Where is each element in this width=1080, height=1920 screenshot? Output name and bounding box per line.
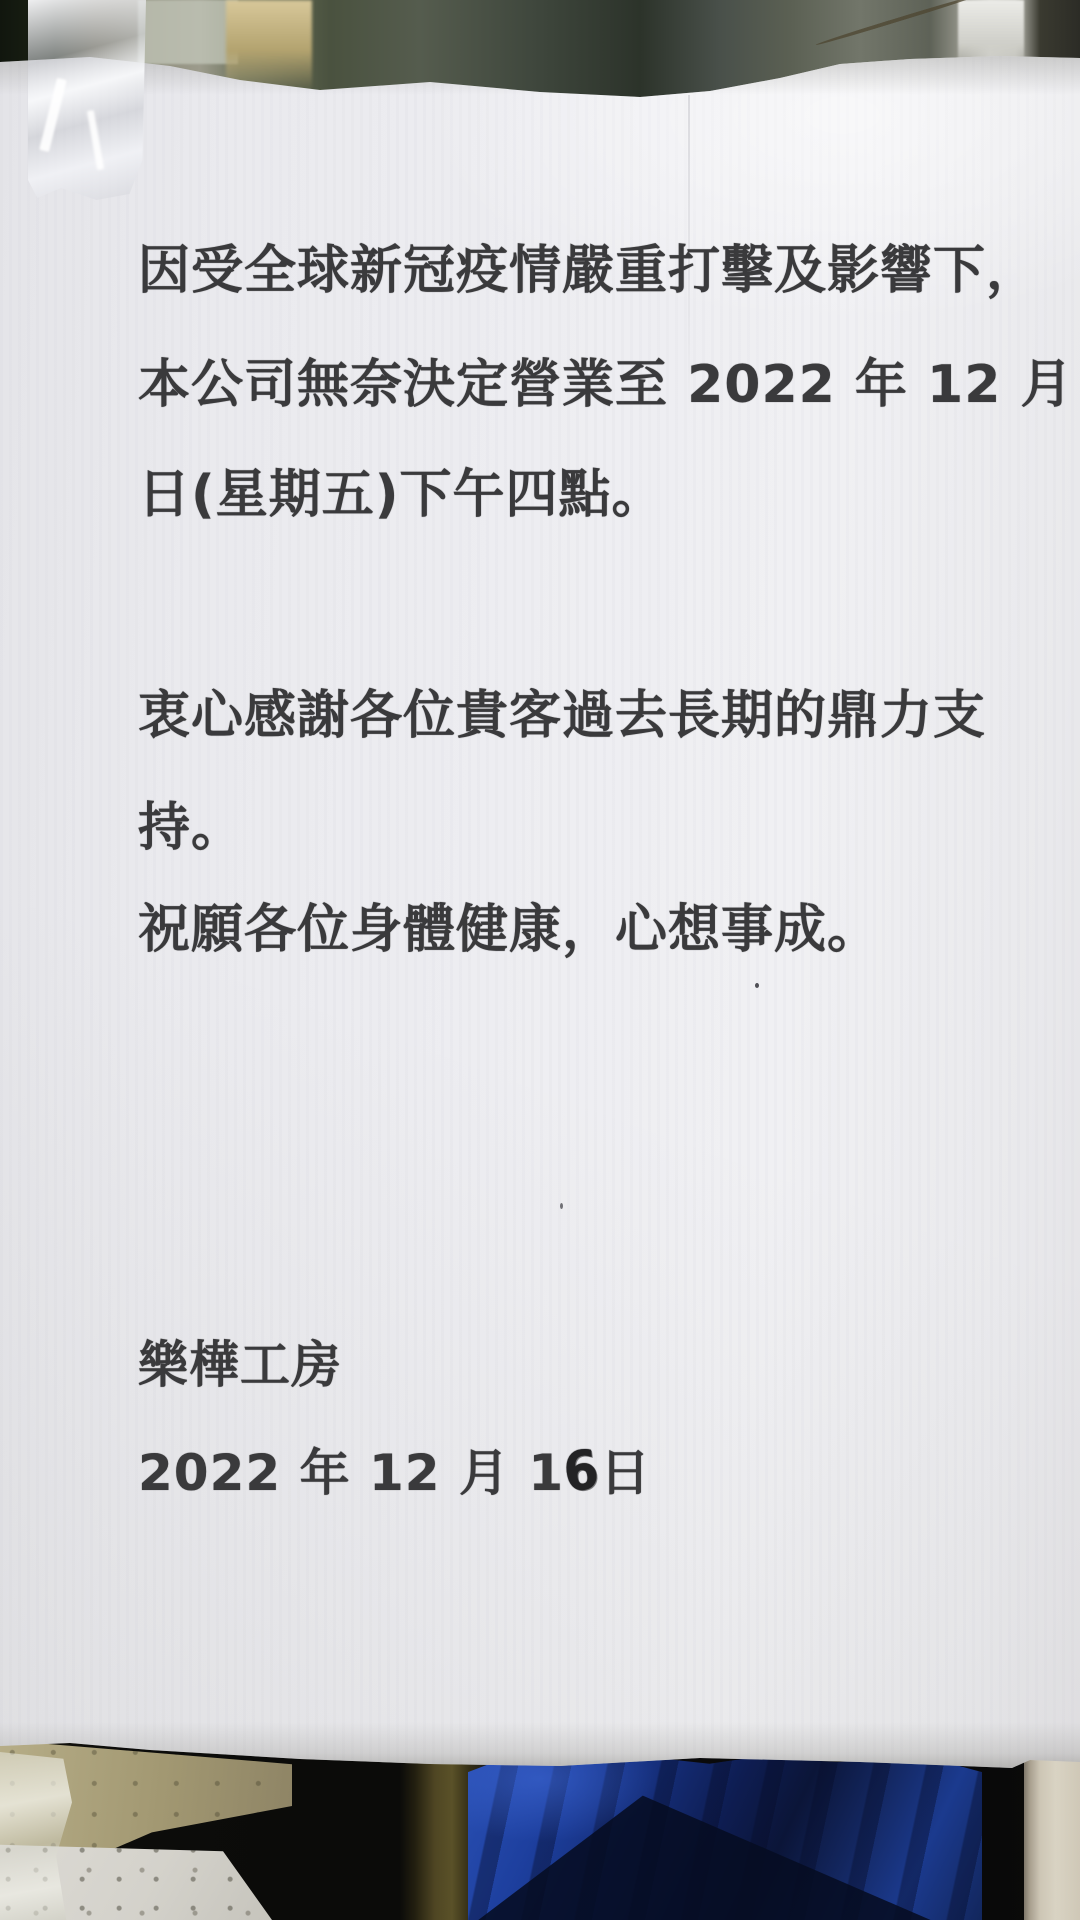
notice-line-4: 衷心感謝各位貴客過去長期的鼎力支	[138, 688, 986, 745]
ink-speck	[560, 1203, 563, 1209]
notice-line-3: 日(星期五)下午四點。	[138, 467, 665, 524]
date-line: 2022 年 12 月 16日	[138, 1446, 651, 1501]
notice-line-1: 因受全球新冠疫情嚴重打擊及影響下，	[138, 243, 1039, 300]
door-frame-strip	[1024, 1758, 1080, 1920]
photo-of-closure-notice: 因受全球新冠疫情嚴重打擊及影響下， 本公司無奈決定營業至 2022 年 12 月…	[0, 0, 1080, 1920]
blue-fabric	[468, 1752, 982, 1920]
date-printed-prefix: 2022 年 12 月 1	[138, 1444, 564, 1502]
shop-name: 樂樺工房	[138, 1338, 342, 1393]
clear-tape-top-left	[28, 0, 146, 200]
fabric-shadow	[468, 1752, 982, 1920]
notice-line-5: 持。	[138, 800, 244, 857]
ink-speck	[755, 983, 759, 988]
notice-line-6: 祝願各位身體健康，心想事成。	[138, 902, 880, 959]
gold-reflection	[226, 0, 312, 92]
paper-notice: 因受全球新冠疫情嚴重打擊及影響下， 本公司無奈決定營業至 2022 年 12 月…	[0, 0, 1080, 1920]
notice-line-2: 本公司無奈決定營業至 2022 年 12 月 23	[138, 357, 1080, 414]
date-printed-suffix: 日	[600, 1444, 651, 1502]
glass-speckle-patch	[138, 0, 238, 64]
cable-reflection-line	[815, 0, 979, 47]
handwritten-day-digit: 6	[560, 1440, 603, 1503]
bottom-left-tape	[0, 1752, 72, 1920]
